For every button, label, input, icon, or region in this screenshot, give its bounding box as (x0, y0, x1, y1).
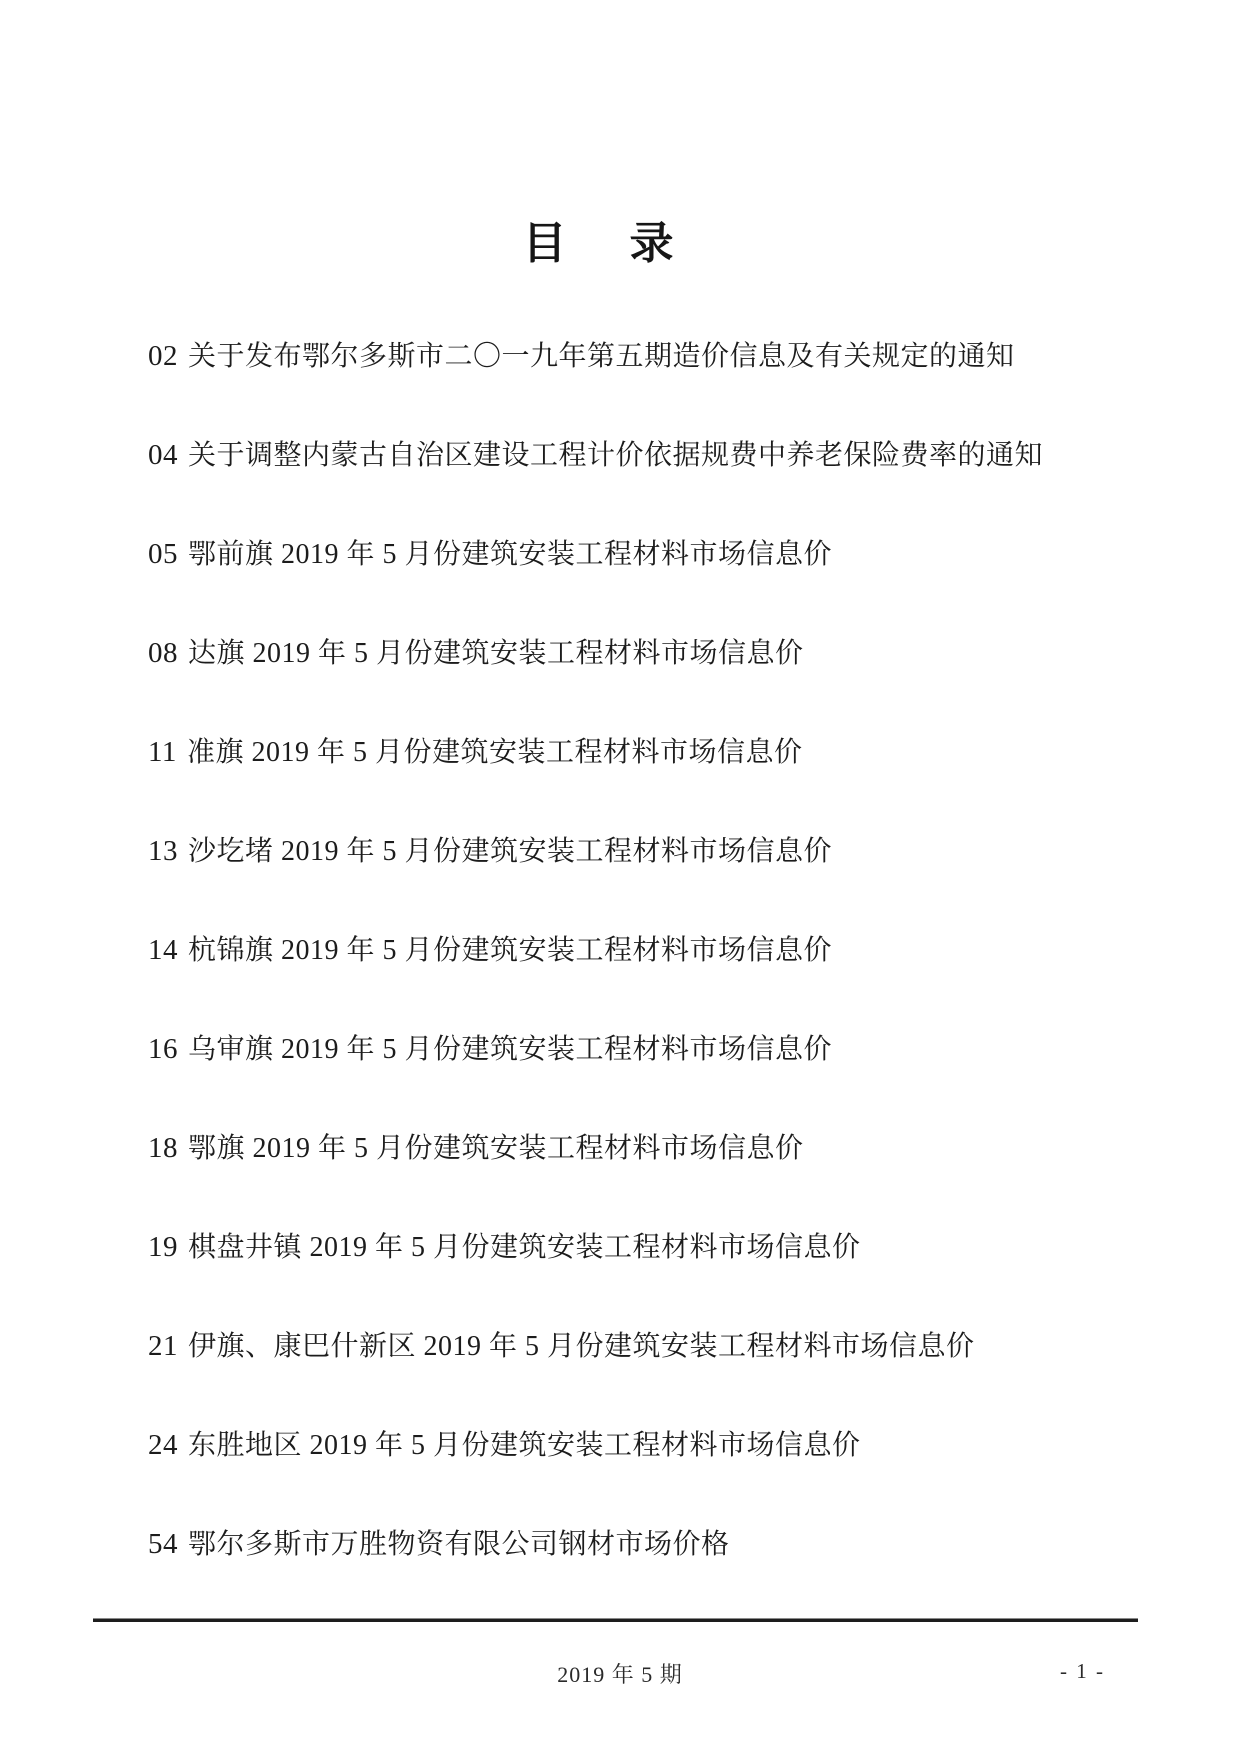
toc-entry-page-number: 19 (148, 1231, 178, 1264)
toc-entry-title: 棋盘井镇 2019 年 5 月份建筑安装工程材料市场信息价 (188, 1232, 861, 1263)
toc-entry-title: 关于调整内蒙古自治区建设工程计价依据规费中养老保险费率的通知 (188, 440, 1043, 471)
toc-entry-title: 东胜地区 2019 年 5 月份建筑安装工程材料市场信息价 (188, 1430, 861, 1461)
toc-entry-page-number: 24 (148, 1429, 178, 1462)
toc-entry: 05鄂前旗 2019 年 5 月份建筑安装工程材料市场信息价 (148, 538, 1180, 571)
toc-entry-page-number: 14 (148, 934, 178, 967)
toc-entry-title: 沙圪堵 2019 年 5 月份建筑安装工程材料市场信息价 (188, 836, 832, 867)
toc-entry: 02关于发布鄂尔多斯市二〇一九年第五期造价信息及有关规定的通知 (148, 340, 1180, 373)
toc-entry-page-number: 08 (148, 637, 178, 670)
toc-entry: 16乌审旗 2019 年 5 月份建筑安装工程材料市场信息价 (148, 1033, 1180, 1066)
toc-entry-title: 关于发布鄂尔多斯市二〇一九年第五期造价信息及有关规定的通知 (188, 341, 1015, 372)
footer-page-number: - 1 - (1060, 1659, 1105, 1684)
toc-entry-title: 鄂前旗 2019 年 5 月份建筑安装工程材料市场信息价 (188, 539, 832, 570)
toc-entry-page-number: 04 (148, 439, 178, 472)
toc-entry-title: 鄂尔多斯市万胜物资有限公司钢材市场价格 (188, 1529, 730, 1560)
toc-entry: 04关于调整内蒙古自治区建设工程计价依据规费中养老保险费率的通知 (148, 439, 1180, 472)
toc-entry-title: 乌审旗 2019 年 5 月份建筑安装工程材料市场信息价 (188, 1034, 832, 1065)
toc-entry-page-number: 02 (148, 340, 178, 373)
toc-entry-title: 鄂旗 2019 年 5 月份建筑安装工程材料市场信息价 (188, 1133, 804, 1164)
toc-entry-page-number: 18 (148, 1132, 178, 1165)
toc-entry-title: 杭锦旗 2019 年 5 月份建筑安装工程材料市场信息价 (188, 935, 832, 966)
toc-entry: 19棋盘井镇 2019 年 5 月份建筑安装工程材料市场信息价 (148, 1231, 1180, 1264)
toc-entry: 18鄂旗 2019 年 5 月份建筑安装工程材料市场信息价 (148, 1132, 1180, 1165)
toc-entry-title: 伊旗、康巴什新区 2019 年 5 月份建筑安装工程材料市场信息价 (188, 1331, 975, 1362)
toc-entry: 11准旗 2019 年 5 月份建筑安装工程材料市场信息价 (148, 736, 1180, 769)
toc-entry-title: 准旗 2019 年 5 月份建筑安装工程材料市场信息价 (187, 737, 803, 768)
document-page: 目 录 02关于发布鄂尔多斯市二〇一九年第五期造价信息及有关规定的通知 04关于… (0, 0, 1240, 1754)
toc-entry-page-number: 54 (148, 1528, 178, 1561)
table-of-contents: 02关于发布鄂尔多斯市二〇一九年第五期造价信息及有关规定的通知 04关于调整内蒙… (148, 340, 1180, 1627)
toc-entry: 13沙圪堵 2019 年 5 月份建筑安装工程材料市场信息价 (148, 835, 1180, 868)
toc-entry-title: 达旗 2019 年 5 月份建筑安装工程材料市场信息价 (188, 638, 804, 669)
toc-entry: 24东胜地区 2019 年 5 月份建筑安装工程材料市场信息价 (148, 1429, 1180, 1462)
toc-entry-page-number: 11 (148, 736, 177, 769)
toc-entry: 14杭锦旗 2019 年 5 月份建筑安装工程材料市场信息价 (148, 934, 1180, 967)
footer-issue-label: 2019 年 5 期 (0, 1658, 1240, 1689)
toc-entry: 21伊旗、康巴什新区 2019 年 5 月份建筑安装工程材料市场信息价 (148, 1330, 1180, 1363)
toc-entry-page-number: 05 (148, 538, 178, 571)
toc-entry: 08达旗 2019 年 5 月份建筑安装工程材料市场信息价 (148, 637, 1180, 670)
toc-entry-page-number: 16 (148, 1033, 178, 1066)
toc-entry: 54鄂尔多斯市万胜物资有限公司钢材市场价格 (148, 1528, 1180, 1561)
page-title: 目 录 (523, 222, 674, 266)
footer-divider-line (93, 1618, 1138, 1622)
toc-entry-page-number: 13 (148, 835, 178, 868)
toc-entry-page-number: 21 (148, 1330, 178, 1363)
